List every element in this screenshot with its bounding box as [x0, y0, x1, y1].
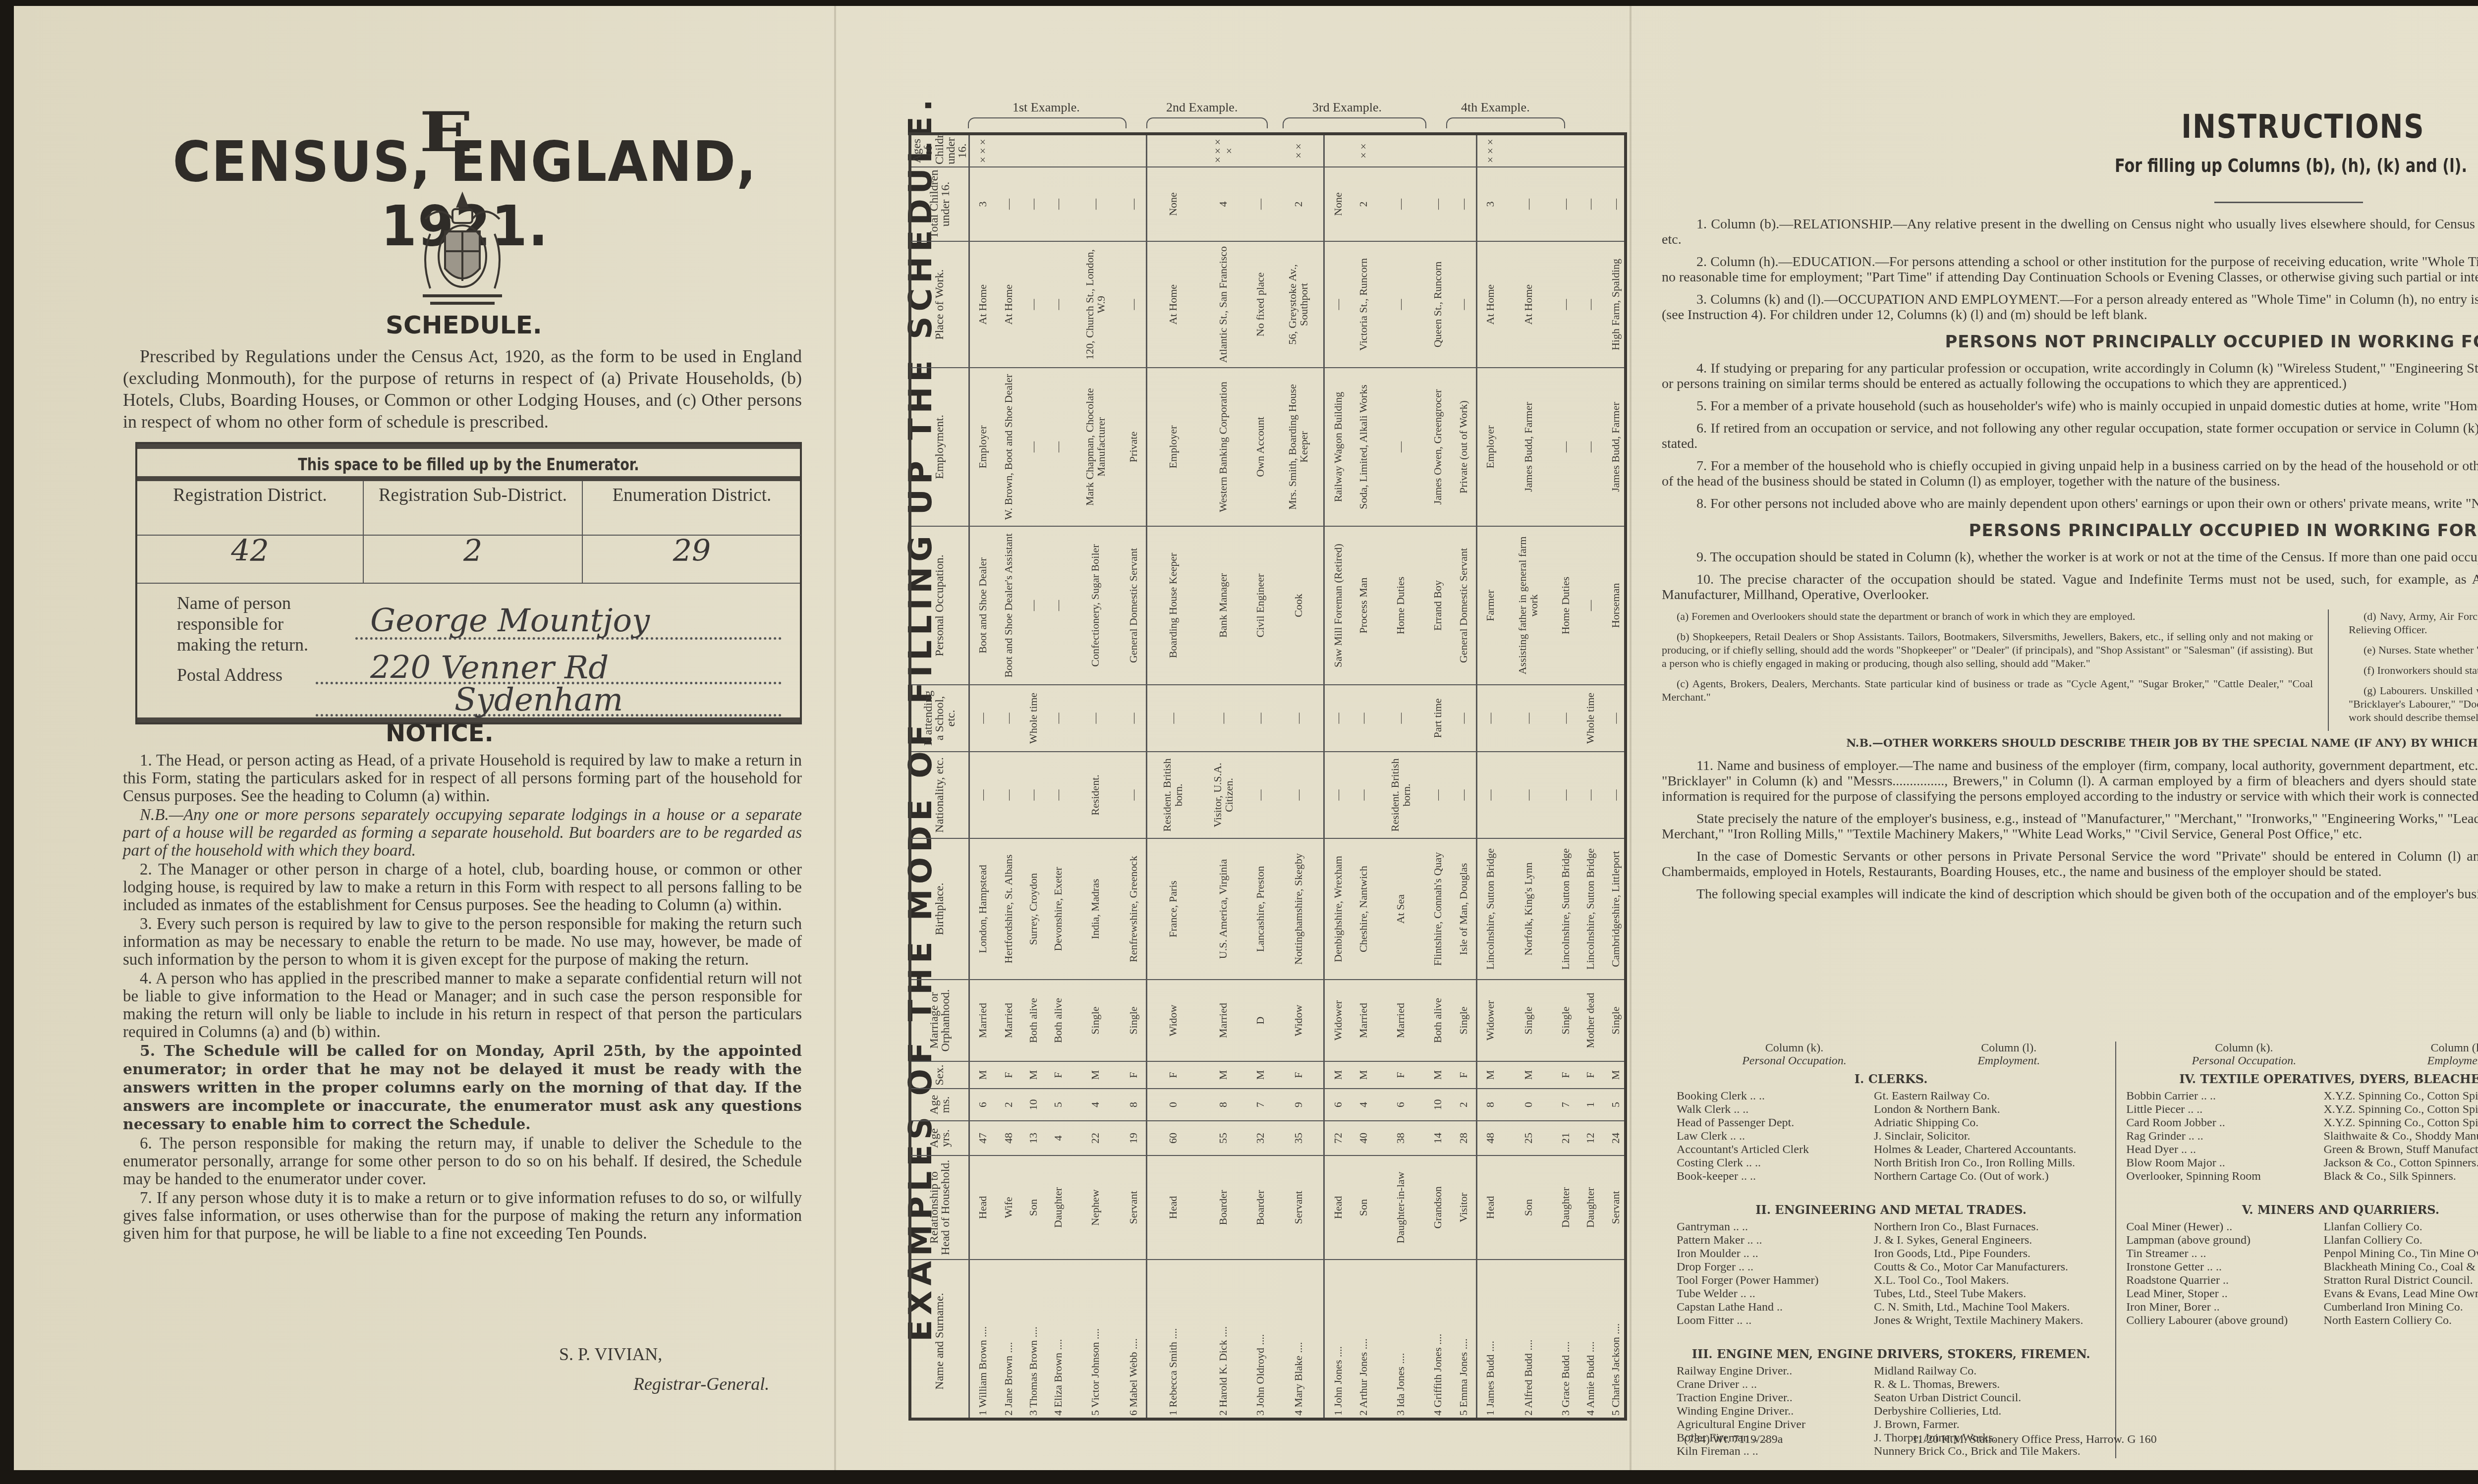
registration-sub-district-field[interactable]: Registration Sub-District. 2 [364, 481, 582, 583]
cell-ms: 0 [1147, 1089, 1198, 1121]
cell-place: — [1324, 241, 1351, 368]
table-row: 4 Griffith Jones ....Grandson1410MBoth a… [1425, 135, 1450, 1421]
example-row: Agricultural Engine DriverJ. Brown, Farm… [1677, 1418, 2105, 1431]
example-row: Lead Miner, Stoper ..Evans & Evans, Lead… [2126, 1287, 2478, 1301]
cell-occ: Civil Engineer [1248, 526, 1273, 685]
cell-ms: 1 [1578, 1089, 1603, 1121]
cell-emp: — [1020, 368, 1045, 526]
table-row: 1 James Budd ....Head488MWidowerLincolns… [1477, 135, 1503, 1421]
cell-sex: M [1425, 1061, 1450, 1089]
cell-rel: Boarder [1248, 1155, 1273, 1260]
table-row: 5 Charles Jackson ....Servant245MSingleC… [1603, 135, 1627, 1421]
cell-mar: Both alive [1045, 980, 1070, 1061]
enumeration-district-field[interactable]: Enumeration District. 29 [583, 481, 801, 583]
cell-kids [1120, 135, 1146, 167]
example-row: Bobbin Carrier .. ..X.Y.Z. Spinning Co.,… [2126, 1090, 2478, 1103]
cell-total: — [996, 167, 1020, 241]
cell-ms: 7 [1553, 1089, 1577, 1121]
table-row: 4 Mary Blake ....Servant359FWidowNotting… [1273, 135, 1324, 1421]
cell-school: — [1450, 685, 1476, 752]
cell-sex: M [1020, 1061, 1045, 1089]
cell-total: — [1603, 167, 1627, 241]
cell-place: — [1375, 241, 1425, 368]
example-row: Tube Welder .. ..Tubes, Ltd., Steel Tube… [1677, 1287, 2105, 1301]
cell-emp: — [1553, 368, 1577, 526]
section-heading: PERSONS NOT PRINCIPALLY OCCUPIED IN WORK… [1662, 334, 2478, 350]
cell-name: 5 Emma Jones .... [1450, 1260, 1476, 1421]
instruction-item: State precisely the nature of the employ… [1662, 811, 2478, 842]
cell-total: — [1375, 167, 1425, 241]
cell-kids: × × [1351, 135, 1375, 167]
cell-place: — [1578, 241, 1603, 368]
cell-sex: M [1477, 1061, 1503, 1089]
instruction-item: 9. The occupation should be stated in Co… [1662, 550, 2478, 565]
cell-ms: 6 [1324, 1089, 1351, 1121]
cell-occ: — [1578, 526, 1603, 685]
notice-item: 6. The person responsible for making the… [123, 1135, 802, 1188]
cell-total: None [1147, 167, 1198, 241]
cover-panel: E CENSUS, ENGLAND, 1921. SCHEDULE. Presc… [58, 6, 832, 1470]
instruction-item: In the case of Domestic Servants or othe… [1662, 849, 2478, 879]
cell-nat: — [1450, 752, 1476, 838]
table-row: 3 Thomas Brown ....Son1310MBoth aliveSur… [1020, 135, 1045, 1421]
table-row: 5 Emma Jones ....Visitor282FSingleIsle o… [1450, 135, 1476, 1421]
intro-paragraph: Prescribed by Regulations under the Cens… [123, 345, 802, 433]
table-row: 1 Rebecca Smith ....Head600FWidowFrance,… [1147, 135, 1198, 1421]
cell-name: 6 Mabel Webb .... [1120, 1260, 1146, 1421]
cell-emp: Mark Chapman, Chocolate Manufacturer [1070, 368, 1120, 526]
cell-birth: Lincolnshire, Sutton Bridge [1578, 838, 1603, 980]
cell-birth: Cambridgeshire, Littleport [1603, 838, 1627, 980]
subnote: (c) Agents, Brokers, Dealers, Merchants.… [1662, 677, 2313, 704]
cell-rel: Servant [1120, 1155, 1146, 1260]
instruction-item: 7. For a member of the household who is … [1662, 458, 2478, 489]
table-row: 1 William Brown ....Head476MMarriedLondo… [969, 135, 996, 1421]
example-row: Colliery Labourer (above ground)North Ea… [2126, 1314, 2478, 1327]
cell-kids [1147, 135, 1198, 167]
cell-nat: — [1248, 752, 1273, 838]
cell-occ: Boarding House Keeper [1147, 526, 1198, 685]
cell-total: 3 [969, 167, 996, 241]
cell-rel: Boarder [1198, 1155, 1247, 1260]
cell-kids [1603, 135, 1627, 167]
cell-name: 3 John Oldroyd .... [1248, 1260, 1273, 1421]
examples-table: Name and Surname. Relationship to Head o… [911, 135, 1627, 1421]
example-row: Pattern Maker .. ..J. & I. Sykes, Genera… [1677, 1234, 2105, 1247]
cell-nat: Visitor, U.S.A. Citizen. [1198, 752, 1247, 838]
signature: S. P. VIVIAN, [559, 1344, 662, 1365]
cell-occ: Assisting father in general farm work [1503, 526, 1553, 685]
cell-rel: Daughter [1045, 1155, 1070, 1260]
cell-emp: Private [1120, 368, 1146, 526]
cell-emp: — [1045, 368, 1070, 526]
cell-ms: 7 [1248, 1089, 1273, 1121]
cell-ms: 5 [1603, 1089, 1627, 1121]
responsible-person-field[interactable]: George Mountjoy [370, 603, 650, 639]
cell-occ: General Domestic Servant [1120, 526, 1146, 685]
cell-nat: — [1324, 752, 1351, 838]
example-row: Tool Forger (Power Hammer)X.L. Tool Co.,… [1677, 1274, 2105, 1287]
cell-ms: 6 [1375, 1089, 1425, 1121]
cell-rel: Visitor [1450, 1155, 1476, 1260]
cell-occ: Cook [1273, 526, 1324, 685]
cell-birth: Surrey, Croydon [1020, 838, 1045, 980]
cell-occ: Bank Manager [1198, 526, 1247, 685]
cell-nat: — [1477, 752, 1503, 838]
example-row: Drop Forger .. ..Coutts & Co., Motor Car… [1677, 1261, 2105, 1274]
cell-birth: Nottinghamshire, Skegby [1273, 838, 1324, 980]
cell-name: 1 Rebecca Smith .... [1147, 1260, 1198, 1421]
cell-school: — [1273, 685, 1324, 752]
example-label: 2nd Example. [1166, 100, 1238, 115]
notice-item: 2. The Manager or other person in charge… [123, 861, 802, 914]
cell-name: 3 Ida Jones .... [1375, 1260, 1425, 1421]
cell-nat: Resident. British born. [1375, 752, 1425, 838]
cell-total: — [1503, 167, 1553, 241]
cell-total: 4 [1198, 167, 1247, 241]
cell-nat: — [1020, 752, 1045, 838]
cell-emp: Employer [969, 368, 996, 526]
example-row: Gantryman .. ..Northern Iron Co., Blast … [1677, 1220, 2105, 1234]
cell-mar: Married [1198, 980, 1247, 1061]
cell-sex: F [1375, 1061, 1425, 1089]
printer-imprint: 11/20 H.M. Stationery Office Press, Harr… [1912, 1433, 2157, 1446]
cell-birth: Flintshire, Connah's Quay [1425, 838, 1450, 980]
postal-address-line2-field[interactable]: Sydenham [454, 682, 623, 718]
cell-emp: James Budd, Farmer [1603, 368, 1627, 526]
cell-occ: Process Man [1351, 526, 1375, 685]
cell-mar: Married [1375, 980, 1425, 1061]
cell-yrs: 14 [1425, 1121, 1450, 1155]
cell-ms: 10 [1425, 1089, 1450, 1121]
instruction-item: 4. If studying or preparing for any part… [1662, 361, 2478, 391]
cell-yrs: 25 [1503, 1121, 1553, 1155]
section-heading: PERSONS PRINCIPALLY OCCUPIED IN WORKING … [1662, 523, 2478, 539]
cell-occ: General Domestic Servant [1450, 526, 1476, 685]
col-header-child-ages: Ages of Children under 16. [911, 135, 969, 167]
example-row: Winding Engine Driver..Derbyshire Collie… [1677, 1405, 2105, 1418]
cell-occ: Home Duties [1553, 526, 1577, 685]
instruction-item: The following special examples will indi… [1662, 886, 2478, 902]
instruction-item: 8. For other persons not included above … [1662, 496, 2478, 511]
example-row: Costing Clerk .. ..North British Iron Co… [1677, 1156, 2105, 1170]
notice-item: 3. Every such person is required by law … [123, 915, 802, 969]
cell-sex: M [1603, 1061, 1627, 1089]
print-code: (734) Wt. 7119/289a [1684, 1433, 1783, 1446]
example-row: Traction Engine Driver..Seaton Urban Dis… [1677, 1391, 2105, 1405]
instruction-item: 11. Name and business of employer.—The n… [1662, 758, 2478, 804]
cell-kids [996, 135, 1020, 167]
cell-kids [1578, 135, 1603, 167]
subnote: (e) Nurses. State whether "Nurse (Domest… [2349, 643, 2478, 657]
cell-occ: Horseman [1603, 526, 1627, 685]
example-label: 4th Example. [1461, 100, 1530, 115]
cell-yrs: 21 [1553, 1121, 1577, 1155]
cell-name: 4 Annie Budd .... [1578, 1260, 1603, 1421]
occupation-subnotes: (a) Foremen and Overlookers should state… [1662, 609, 2478, 731]
example-category-heading: I. CLERKS. [1677, 1072, 2105, 1086]
cell-total: — [1120, 167, 1146, 241]
instructions-subtitle: For filling up Columns (b), (h), (k) and… [2115, 155, 2467, 176]
cell-birth: Lincolnshire, Sutton Bridge [1553, 838, 1577, 980]
notice-list: 1. The Head, or person acting as Head, o… [123, 752, 802, 1244]
cell-total: 3 [1477, 167, 1503, 241]
cell-rel: Head [1147, 1155, 1198, 1260]
cell-nat: — [1603, 752, 1627, 838]
cell-name: 3 Grace Budd .... [1553, 1260, 1577, 1421]
col-header-place-of-work: Place of Work. [911, 241, 969, 368]
cell-kids [1375, 135, 1425, 167]
example-row: Roadstone Quarrier ..Stratton Rural Dist… [2126, 1274, 2478, 1287]
cell-occ: — [1020, 526, 1045, 685]
cell-kids [1324, 135, 1351, 167]
cell-school: — [1198, 685, 1247, 752]
col-header-relationship: Relationship to Head of Household. [911, 1155, 969, 1260]
cell-name: 4 Griffith Jones .... [1425, 1260, 1450, 1421]
cell-mar: Single [1603, 980, 1627, 1061]
example-row: Iron Miner, Borer ..Cumberland Iron Mini… [2126, 1301, 2478, 1314]
cell-nat: — [1425, 752, 1450, 838]
cell-school: — [1248, 685, 1273, 752]
cell-ms: 0 [1503, 1089, 1553, 1121]
example-label: 1st Example. [1013, 100, 1080, 115]
col-header-sex: Sex. [911, 1061, 969, 1089]
cell-total: — [1045, 167, 1070, 241]
cell-yrs: 24 [1603, 1121, 1627, 1155]
cell-occ: Home Duties [1375, 526, 1425, 685]
instructions-title: INSTRUCTIONS [2181, 108, 2424, 146]
example-row: Overlooker, Spinning RoomBlack & Co., Si… [2126, 1170, 2478, 1183]
cell-emp: Soda, Limited, Alkali Works [1351, 368, 1375, 526]
fold-line [1630, 6, 1632, 1470]
responsible-person-label: Name of person responsible for making th… [177, 593, 340, 655]
cell-birth: U.S. America, Virginia [1198, 838, 1247, 980]
cell-birth: Renfrewshire, Greenock [1120, 838, 1146, 980]
cell-birth: India, Madras [1070, 838, 1120, 980]
example-category-heading: II. ENGINEERING AND METAL TRADES. [1677, 1203, 2105, 1216]
cell-mar: Single [1450, 980, 1476, 1061]
cell-mar: D [1248, 980, 1273, 1061]
cell-yrs: 47 [969, 1121, 996, 1155]
table-row: 2 Harold K. Dick ....Boarder558MMarriedU… [1198, 135, 1247, 1421]
cell-school: — [1045, 685, 1070, 752]
example-row: Iron Moulder .. ..Iron Goods, Ltd., Pipe… [1677, 1247, 2105, 1261]
cell-sex: M [1324, 1061, 1351, 1089]
cell-name: 2 Jane Brown .... [996, 1260, 1020, 1421]
cell-emp: W. Brown, Boot and Shoe Dealer [996, 368, 1020, 526]
instruction-item: 3. Columns (k) and (l).—OCCUPATION AND E… [1662, 292, 2478, 323]
cell-nat: — [996, 752, 1020, 838]
example-row: Loom Fitter .. ..Jones & Wright, Textile… [1677, 1314, 2105, 1327]
table-row: 2 Jane Brown ....Wife482FMarriedHertford… [996, 135, 1020, 1421]
cell-school: — [1375, 685, 1425, 752]
cell-emp: James Owen, Greengrocer [1425, 368, 1450, 526]
cell-occ: Saw Mill Foreman (Retired) [1324, 526, 1351, 685]
col-header-birthplace: Birthplace. [911, 838, 969, 980]
subnote: (f) Ironworkers should state whether Pud… [2349, 663, 2478, 677]
cell-sex: M [969, 1061, 996, 1089]
examples-column: Column (k).Personal Occupation.Column (l… [1667, 1042, 2115, 1458]
cell-name: 1 James Budd .... [1477, 1260, 1503, 1421]
cell-occ: Confectionery, Sugar Boiler [1070, 526, 1120, 685]
cell-nat: — [1503, 752, 1553, 838]
cell-yrs: 28 [1450, 1121, 1476, 1155]
enumerator-box: This space to be filled up by the Enumer… [135, 442, 802, 724]
cell-yrs: 40 [1351, 1121, 1375, 1155]
cell-mar: Both alive [1020, 980, 1045, 1061]
cell-place: — [1120, 241, 1146, 368]
examples-column: Column (k).Personal Occupation.Column (l… [2115, 1042, 2478, 1458]
cell-occ: Boot and Shoe Dealer [969, 526, 996, 685]
example-category-heading: V. MINERS AND QUARRIERS. [2126, 1203, 2478, 1216]
cell-total: — [1248, 167, 1273, 241]
example-row: Kiln Fireman .. ..Nunnery Brick Co., Bri… [1677, 1445, 2105, 1458]
cell-emp: Private (out of Work) [1450, 368, 1476, 526]
cell-yrs: 72 [1324, 1121, 1351, 1155]
example-row: Law Clerk .. ..J. Sinclair, Solicitor. [1677, 1130, 2105, 1143]
instructions-body: 1. Column (b).—RELATIONSHIP.—Any relativ… [1662, 217, 2478, 909]
cell-place: Victoria St., Runcorn [1351, 241, 1375, 368]
cell-school: — [1477, 685, 1503, 752]
col-header-nationality: Nationality, etc. [911, 752, 969, 838]
cell-mar: Both alive [1425, 980, 1450, 1061]
postal-address-line1-field[interactable]: 220 Venner Rd [370, 650, 609, 686]
table-header-row: Name and Surname. Relationship to Head o… [911, 135, 969, 1421]
cell-yrs: 35 [1273, 1121, 1324, 1155]
example-row: Card Room Jobber ..X.Y.Z. Spinning Co., … [2126, 1116, 2478, 1130]
cell-nat: Resident. British born. [1147, 752, 1198, 838]
cell-birth: Lancashire, Preston [1248, 838, 1273, 980]
cell-name: 5 Victor Johnson .... [1070, 1260, 1120, 1421]
cell-school: — [996, 685, 1020, 752]
example-row: Head of Passenger Dept.Adriatic Shipping… [1677, 1116, 2105, 1130]
occupation-examples: Column (k).Personal Occupation.Column (l… [1667, 1042, 2478, 1458]
cell-rel: Nephew [1070, 1155, 1120, 1260]
cell-emp: Employer [1147, 368, 1198, 526]
cell-kids [1020, 135, 1045, 167]
cell-rel: Son [1020, 1155, 1045, 1260]
cell-mar: Single [1503, 980, 1553, 1061]
cell-place: At Home [996, 241, 1020, 368]
notice-heading: NOTICE. [386, 719, 494, 747]
cell-kids [1248, 135, 1273, 167]
cell-sex: F [1120, 1061, 1146, 1089]
notice-item-bold: 5. The Schedule will be called for on Mo… [123, 1042, 802, 1134]
cell-school: — [969, 685, 996, 752]
cell-place: High Farm, Spalding [1603, 241, 1627, 368]
subnote: (d) Navy, Army, Air Force, Civil Service… [2349, 609, 2478, 636]
cell-mar: Married [969, 980, 996, 1061]
cell-ms: 8 [1120, 1089, 1146, 1121]
cell-kids: × × × [1477, 135, 1503, 167]
cell-mar: Widow [1273, 980, 1324, 1061]
cell-rel: Son [1503, 1155, 1553, 1260]
cell-total: None [1324, 167, 1351, 241]
cell-yrs: 60 [1147, 1121, 1198, 1155]
cell-yrs: 38 [1375, 1121, 1425, 1155]
fold-line [834, 6, 836, 1470]
cell-birth: Norfolk, King's Lynn [1503, 838, 1553, 980]
cell-sex: F [1578, 1061, 1603, 1089]
cell-yrs: 13 [1020, 1121, 1045, 1155]
cell-mar: Widower [1477, 980, 1503, 1061]
cell-sex: M [1351, 1061, 1375, 1089]
cell-yrs: 19 [1120, 1121, 1146, 1155]
cell-birth: Lincolnshire, Sutton Bridge [1477, 838, 1503, 980]
cell-nat: — [1120, 752, 1146, 838]
instruction-item: 2. Column (h).—EDUCATION.—For persons at… [1662, 254, 2478, 285]
cell-emp: Mrs. Smith, Boarding House Keeper [1273, 368, 1324, 526]
cell-yrs: 48 [1477, 1121, 1503, 1155]
cell-birth: At Sea [1375, 838, 1425, 980]
cell-birth: France, Paris [1147, 838, 1198, 980]
cell-place: Atlantic St., San Francisco [1198, 241, 1247, 368]
registration-district-field[interactable]: Registration District. 42 [137, 481, 363, 583]
cell-sex: F [996, 1061, 1020, 1089]
cell-birth: Denbighshire, Wrexham [1324, 838, 1351, 980]
cell-nat: — [969, 752, 996, 838]
cell-ms: 5 [1045, 1089, 1070, 1121]
examples-panel: EXAMPLES OF THE MODE OF FILLING UP THE S… [839, 6, 1612, 1470]
cell-name: 1 William Brown .... [969, 1260, 996, 1421]
cell-mar: Widow [1147, 980, 1198, 1061]
cell-school: — [1553, 685, 1577, 752]
example-row: Accountant's Articled ClerkHolmes & Lead… [1677, 1143, 2105, 1156]
cell-school: — [1120, 685, 1146, 752]
table-row: 3 Grace Budd ....Daughter217FSingleLinco… [1553, 135, 1577, 1421]
schedule-heading: SCHEDULE. [386, 311, 542, 339]
cell-school: — [1324, 685, 1351, 752]
cell-sex: M [1248, 1061, 1273, 1089]
cell-name: 2 Arthur Jones .... [1351, 1260, 1375, 1421]
cell-ms: 4 [1070, 1089, 1120, 1121]
cell-birth: Hertfordshire, St. Albans [996, 838, 1020, 980]
cell-school: Whole time [1578, 685, 1603, 752]
cell-kids [1070, 135, 1120, 167]
cell-emp: Western Banking Corporation [1198, 368, 1247, 526]
instruction-item: 5. For a member of a private household (… [1662, 398, 2478, 414]
cell-kids [1503, 135, 1553, 167]
cell-occ: — [1045, 526, 1070, 685]
cell-place: At Home [1503, 241, 1553, 368]
cell-sex: F [1045, 1061, 1070, 1089]
cell-rel: Grandson [1425, 1155, 1450, 1260]
cell-school: — [1503, 685, 1553, 752]
notice-nb: N.B.—Any one or more persons separately … [123, 806, 802, 860]
cell-kids: × × [1273, 135, 1324, 167]
cell-kids [1045, 135, 1070, 167]
cell-birth: Cheshire, Nantwich [1351, 838, 1375, 980]
cell-emp: Employer [1477, 368, 1503, 526]
cell-rel: Daughter [1553, 1155, 1577, 1260]
example-column-headers: Column (k).Personal Occupation.Column (l… [2126, 1042, 2478, 1067]
cell-total: — [1425, 167, 1450, 241]
cell-name: 2 Harold K. Dick .... [1198, 1260, 1247, 1421]
cell-sex: F [1450, 1061, 1476, 1089]
cell-name: 5 Charles Jackson .... [1603, 1260, 1627, 1421]
notice-item: 1. The Head, or person acting as Head, o… [123, 752, 802, 805]
cell-total: — [1450, 167, 1476, 241]
cell-school: — [1147, 685, 1198, 752]
cell-kids: × × × × [1198, 135, 1247, 167]
table-row: 6 Mabel Webb ....Servant198FSingleRenfre… [1120, 135, 1146, 1421]
cell-birth: Devonshire, Exeter [1045, 838, 1070, 980]
example-row: Rag Grinder .. ..Slaithwaite & Co., Shod… [2126, 1130, 2478, 1143]
cell-mar: Single [1070, 980, 1120, 1061]
cell-place: — [1553, 241, 1577, 368]
example-row: Head Dyer .. ..Green & Brown, Stuff Manu… [2126, 1143, 2478, 1156]
cell-yrs: 4 [1045, 1121, 1070, 1155]
